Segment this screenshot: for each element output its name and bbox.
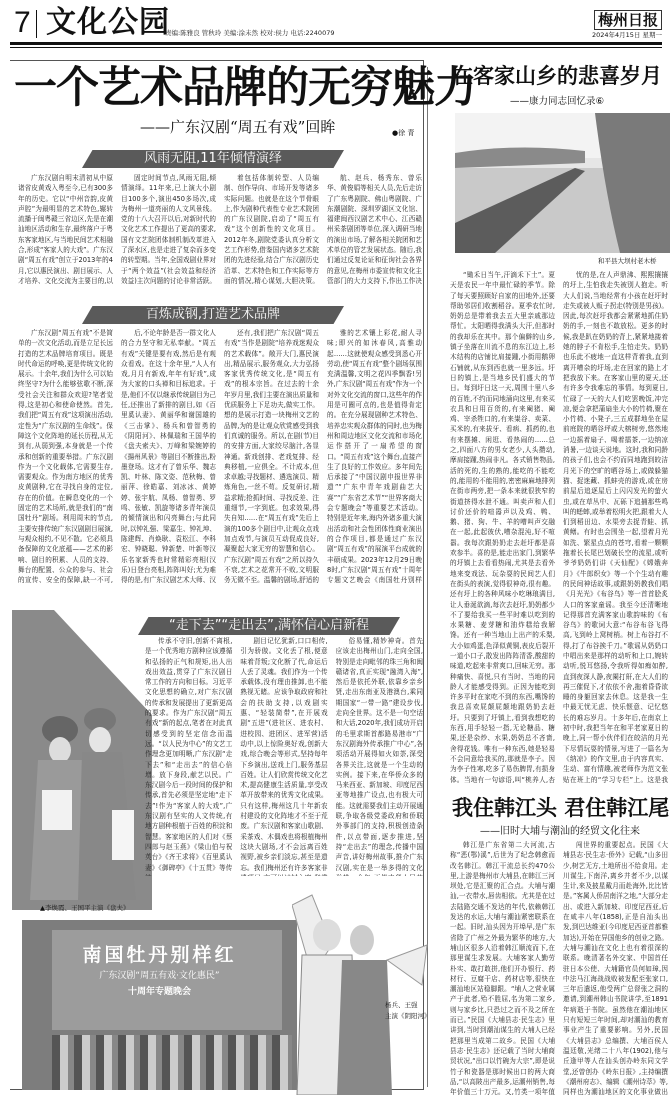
- masthead-divider: [36, 10, 37, 38]
- text-column: 闯世界的重要起点。民国《大埔县志·民生志·侨外》记载,“山多田少,树艺无方,土地…: [563, 840, 668, 1095]
- text-column: 忧的是,在人声鼎沸、熙熙攘攘的圩上,生怕我走失被别人抱走。听大人们说,当地经常有…: [563, 270, 668, 785]
- text-column: 还有,我们把广东汉剧“周五有戏”当作是剧院“培养戏迷观众的艺术载体”。敞开大门,…: [224, 328, 319, 586]
- gala-subtitle-2: 十周年专题晚会: [22, 984, 297, 997]
- yinyanghe-caption-2: 主演《阴阳河》: [385, 1011, 431, 1020]
- old-wooden-bridge-photo: [455, 113, 670, 253]
- section-banner-2: 百炼成钢,打造艺术品牌: [82, 306, 344, 324]
- newspaper-logo: 梅州日报: [594, 10, 662, 30]
- gala-title: 南国牡丹别样红: [22, 940, 297, 967]
- text-column: 剧目记忆犹新,口口相传,引为骄傲。文化丢了根,便意味着背叛;文化断了代,命运后人…: [240, 636, 327, 876]
- yinyanghe-caption-1: 杨兵、王强: [385, 1000, 418, 1009]
- section-banner-3: “走下去”“走出去”,满怀信心启新程: [138, 617, 400, 635]
- right-article-2-columns: 韩江是广东省第二大河流,古称“恶(鄂)溪”,后世为了纪念韩愈而改名韩江。韩江干流…: [450, 840, 668, 1095]
- yinyanghe-performers-photo: [292, 885, 432, 1095]
- text-column: 俗易懂,精妙神奇。首先应该走出梅州山门,走向全国,特别是走向毗邻的珠三角和闽赣诸…: [336, 636, 423, 876]
- section-banner-1: 风雨无阻,11年倾情演绎: [82, 150, 344, 168]
- text-column: 传承不守旧,创新不离根,是一个优秀地方剧种应该遵循和弘扬的正气和规矩,出人出戏出…: [145, 636, 232, 876]
- right-article-1-headline: 在客家山乡的悲喜岁月: [452, 60, 662, 90]
- performers-row: [52, 1035, 292, 1090]
- masthead: 7 文化公园 责编:陈雅良 管秋玲 美编:涂未然 校对:侯力 电话:224007…: [0, 0, 672, 52]
- editor-credits: 责编:陈雅良 管秋玲 美编:涂未然 校对:侯力 电话:2240079: [165, 28, 334, 37]
- section-title: 文化公园: [46, 6, 170, 40]
- section-1-columns: 广东汉剧自明末清初从中原诸省皮黄戏入粤至今,已有300多年的历史。它以“中州音韵…: [18, 173, 422, 285]
- photo-caption-panfu: ▲李焕霞、王国平主演《盘夫》: [40, 903, 130, 912]
- main-byline: ●徐 青: [392, 128, 414, 138]
- page-number: 7: [14, 8, 31, 38]
- right-article-2-headline: 我住韩江头 君住韩江尾: [452, 792, 669, 822]
- section-3-columns: 传承不守旧,创新不离根,是一个优秀地方剧种应该遵循和弘扬的正气和规矩,出人出戏出…: [145, 636, 423, 876]
- right-article-1-columns: “锄禾日当午,汗滴禾下土”。夏天是农民一年中最忙碌的季节。除了每天要照顾好自家的…: [450, 270, 668, 785]
- text-column: 着包括体制转型、人员编制、创作导向、市场开发等诸多实际问题。也就是在这个节骨眼上…: [224, 173, 319, 285]
- masthead-rule: [10, 42, 662, 45]
- section-2-columns: 广东汉剧“周五有戏”不是简单的一次文化活动,而是立足长远打造的艺术品牌培育项目。…: [18, 328, 422, 586]
- main-headline: 一个艺术品牌的无穷魅力: [14, 62, 424, 114]
- text-column: 航、赵兵、杨秀东、曾乐华、黄俊娟等相关人员,先后走访了广东粤剧院、佛山粤剧院、广…: [327, 173, 422, 285]
- gala-subtitle: 广东汉剧“周五有戏·文化惠民”: [22, 968, 297, 981]
- text-column: 广东汉剧自明末清初从中原诸省皮黄戏入粤至今,已有300多年的历史。它以“中州音韵…: [18, 173, 113, 285]
- text-column: 雅的艺术镶上彩花,耐人寻味;即兴的如沐春风,高雅动起……这就使观众感受到悉心开劳…: [327, 328, 422, 586]
- anniversary-gala-photo: 南国牡丹别样红 广东汉剧“周五有戏·文化惠民” 十周年专题晚会: [22, 920, 297, 1090]
- text-column: 后,不论年龄是否一群文化人的合力坚守和无私奉献。“周五有戏”关键是要有戏,然后是…: [121, 328, 216, 586]
- right-article-2-subhead: ——旧时大埔与潮汕的经贸文化往来: [480, 822, 640, 837]
- right-article-1-subhead: ——康力同志回忆录⑥: [510, 93, 604, 107]
- text-column: 固定时间节点,风雨无阻,倾情演绎。11年来,已上演大小剧目100多个,演出450…: [121, 173, 216, 285]
- bridge-photo-caption: 和平县大坝村老木桥: [598, 256, 657, 265]
- masthead-rule-thin: [10, 47, 662, 48]
- main-subhead: ——广东汉剧“周五有戏”回眸: [140, 116, 335, 137]
- text-column: “锄禾日当午,汗滴禾下土”。夏天是农民一年中最忙碌的季节。除了每天要照顾好自家的…: [450, 270, 555, 785]
- opera-performers-photo: [20, 700, 140, 900]
- issue-date: 2024年4月15日 星期一: [592, 30, 662, 39]
- text-column: 韩江是广东省第二大河流,古称“恶(鄂)溪”,后世为了纪念韩愈而改名韩江。韩江干流…: [450, 840, 555, 1095]
- text-column: 广东汉剧“周五有戏”不是简单的一次文化活动,而是立足长远打造的艺术品牌培育项目。…: [18, 328, 113, 586]
- gala-side-caption: ▶广东汉剧“周五有戏”十周年晚会剧照: [14, 925, 23, 1085]
